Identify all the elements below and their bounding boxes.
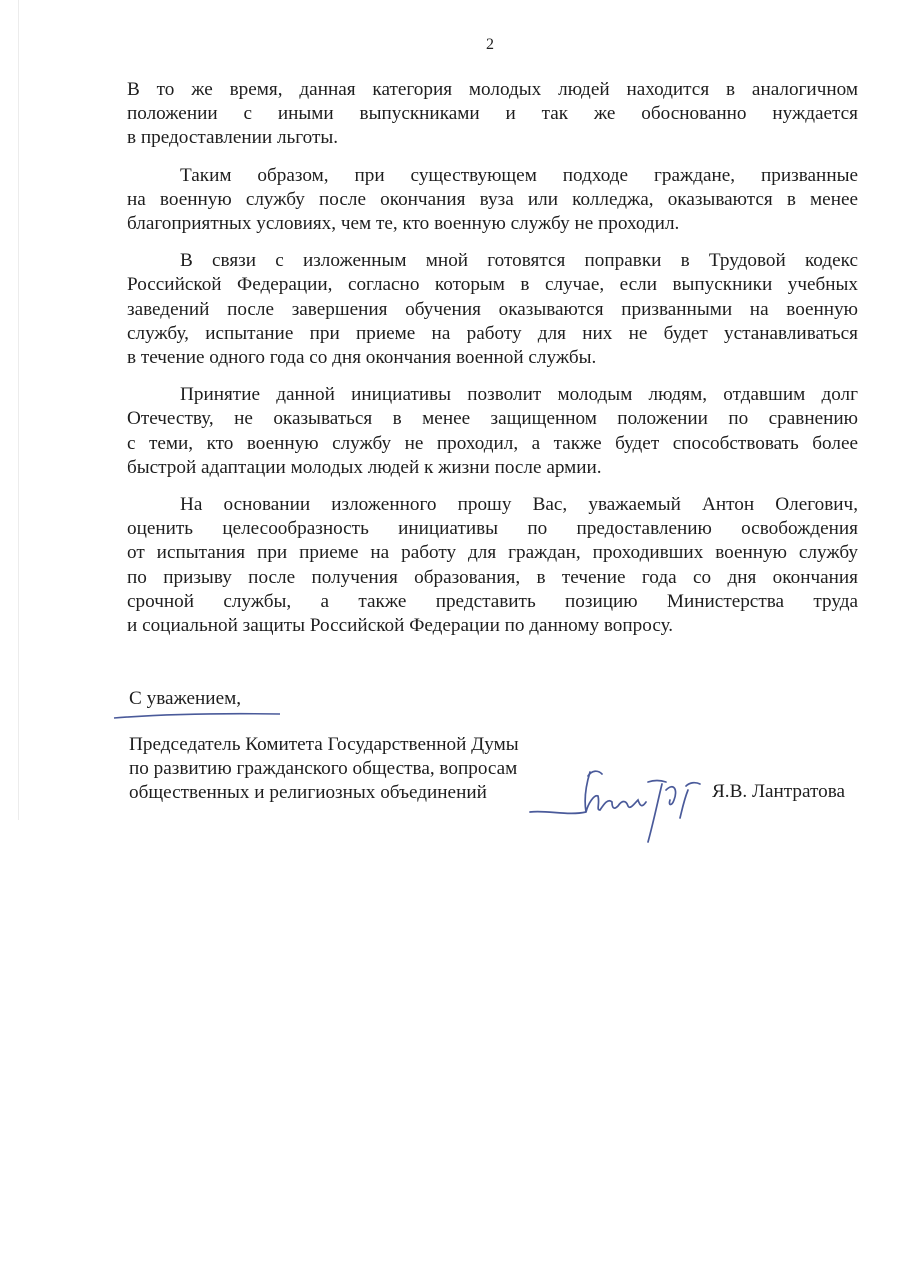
text-line: Отечеству, не оказываться в менее защище… (127, 407, 858, 431)
text-line: Таким образом, при существующем подходе … (127, 164, 858, 188)
text-line: срочной службы, а также представить пози… (127, 590, 858, 614)
text-line: от испытания при приеме на работу для гр… (127, 541, 858, 565)
text-line: Российской Федерации, согласно которым в… (127, 273, 858, 297)
text-line: На основании изложенного прошу Вас, уваж… (127, 493, 858, 517)
paragraph-1: В то же время, данная категория молодых … (127, 78, 858, 151)
text-line: и социальной защиты Российской Федерации… (127, 614, 858, 638)
letter-body: В то же время, данная категория молодых … (127, 78, 858, 651)
paragraph-5: На основании изложенного прошу Вас, уваж… (127, 493, 858, 638)
text-line: по призыву после получения образования, … (127, 566, 858, 590)
scan-edge-line (18, 0, 19, 820)
signatory-title-line: по развитию гражданского общества, вопро… (129, 757, 519, 781)
text-line: В то же время, данная категория молодых … (127, 78, 858, 102)
paragraph-4: Принятие данной инициативы позволит моло… (127, 383, 858, 480)
text-line: положении с иными выпускниками и так же … (127, 102, 858, 126)
page-number: 2 (0, 36, 918, 54)
text-line: быстрой адаптации молодых людей к жизни … (127, 456, 858, 480)
text-line: заведений после завершения обучения оказ… (127, 298, 858, 322)
text-line: в течение одного года со дня окончания в… (127, 346, 858, 370)
text-line: с теми, кто военную службу не проходил, … (127, 432, 858, 456)
text-line: благоприятных условиях, чем те, кто воен… (127, 212, 858, 236)
handwritten-underline (112, 712, 282, 720)
paragraph-3: В связи с изложенным мной готовятся попр… (127, 249, 858, 370)
signatory-title: Председатель Комитета Государственной Ду… (129, 733, 519, 805)
text-line: оценить целесообразность инициативы по п… (127, 517, 858, 541)
signatory-title-line: Председатель Комитета Государственной Ду… (129, 733, 519, 757)
text-line: в предоставлении льготы. (127, 126, 858, 150)
closing-salutation: С уважением, (129, 688, 241, 710)
text-line: Принятие данной инициативы позволит моло… (127, 383, 858, 407)
text-line: на военную службу после окончания вуза и… (127, 188, 858, 212)
text-line: службу, испытание при приеме на работу д… (127, 322, 858, 346)
signer-name: Я.В. Лантратова (712, 781, 845, 803)
signatory-title-line: общественных и религиозных объединений (129, 781, 519, 805)
handwritten-signature (528, 760, 713, 845)
text-line: В связи с изложенным мной готовятся попр… (127, 249, 858, 273)
paragraph-2: Таким образом, при существующем подходе … (127, 164, 858, 237)
